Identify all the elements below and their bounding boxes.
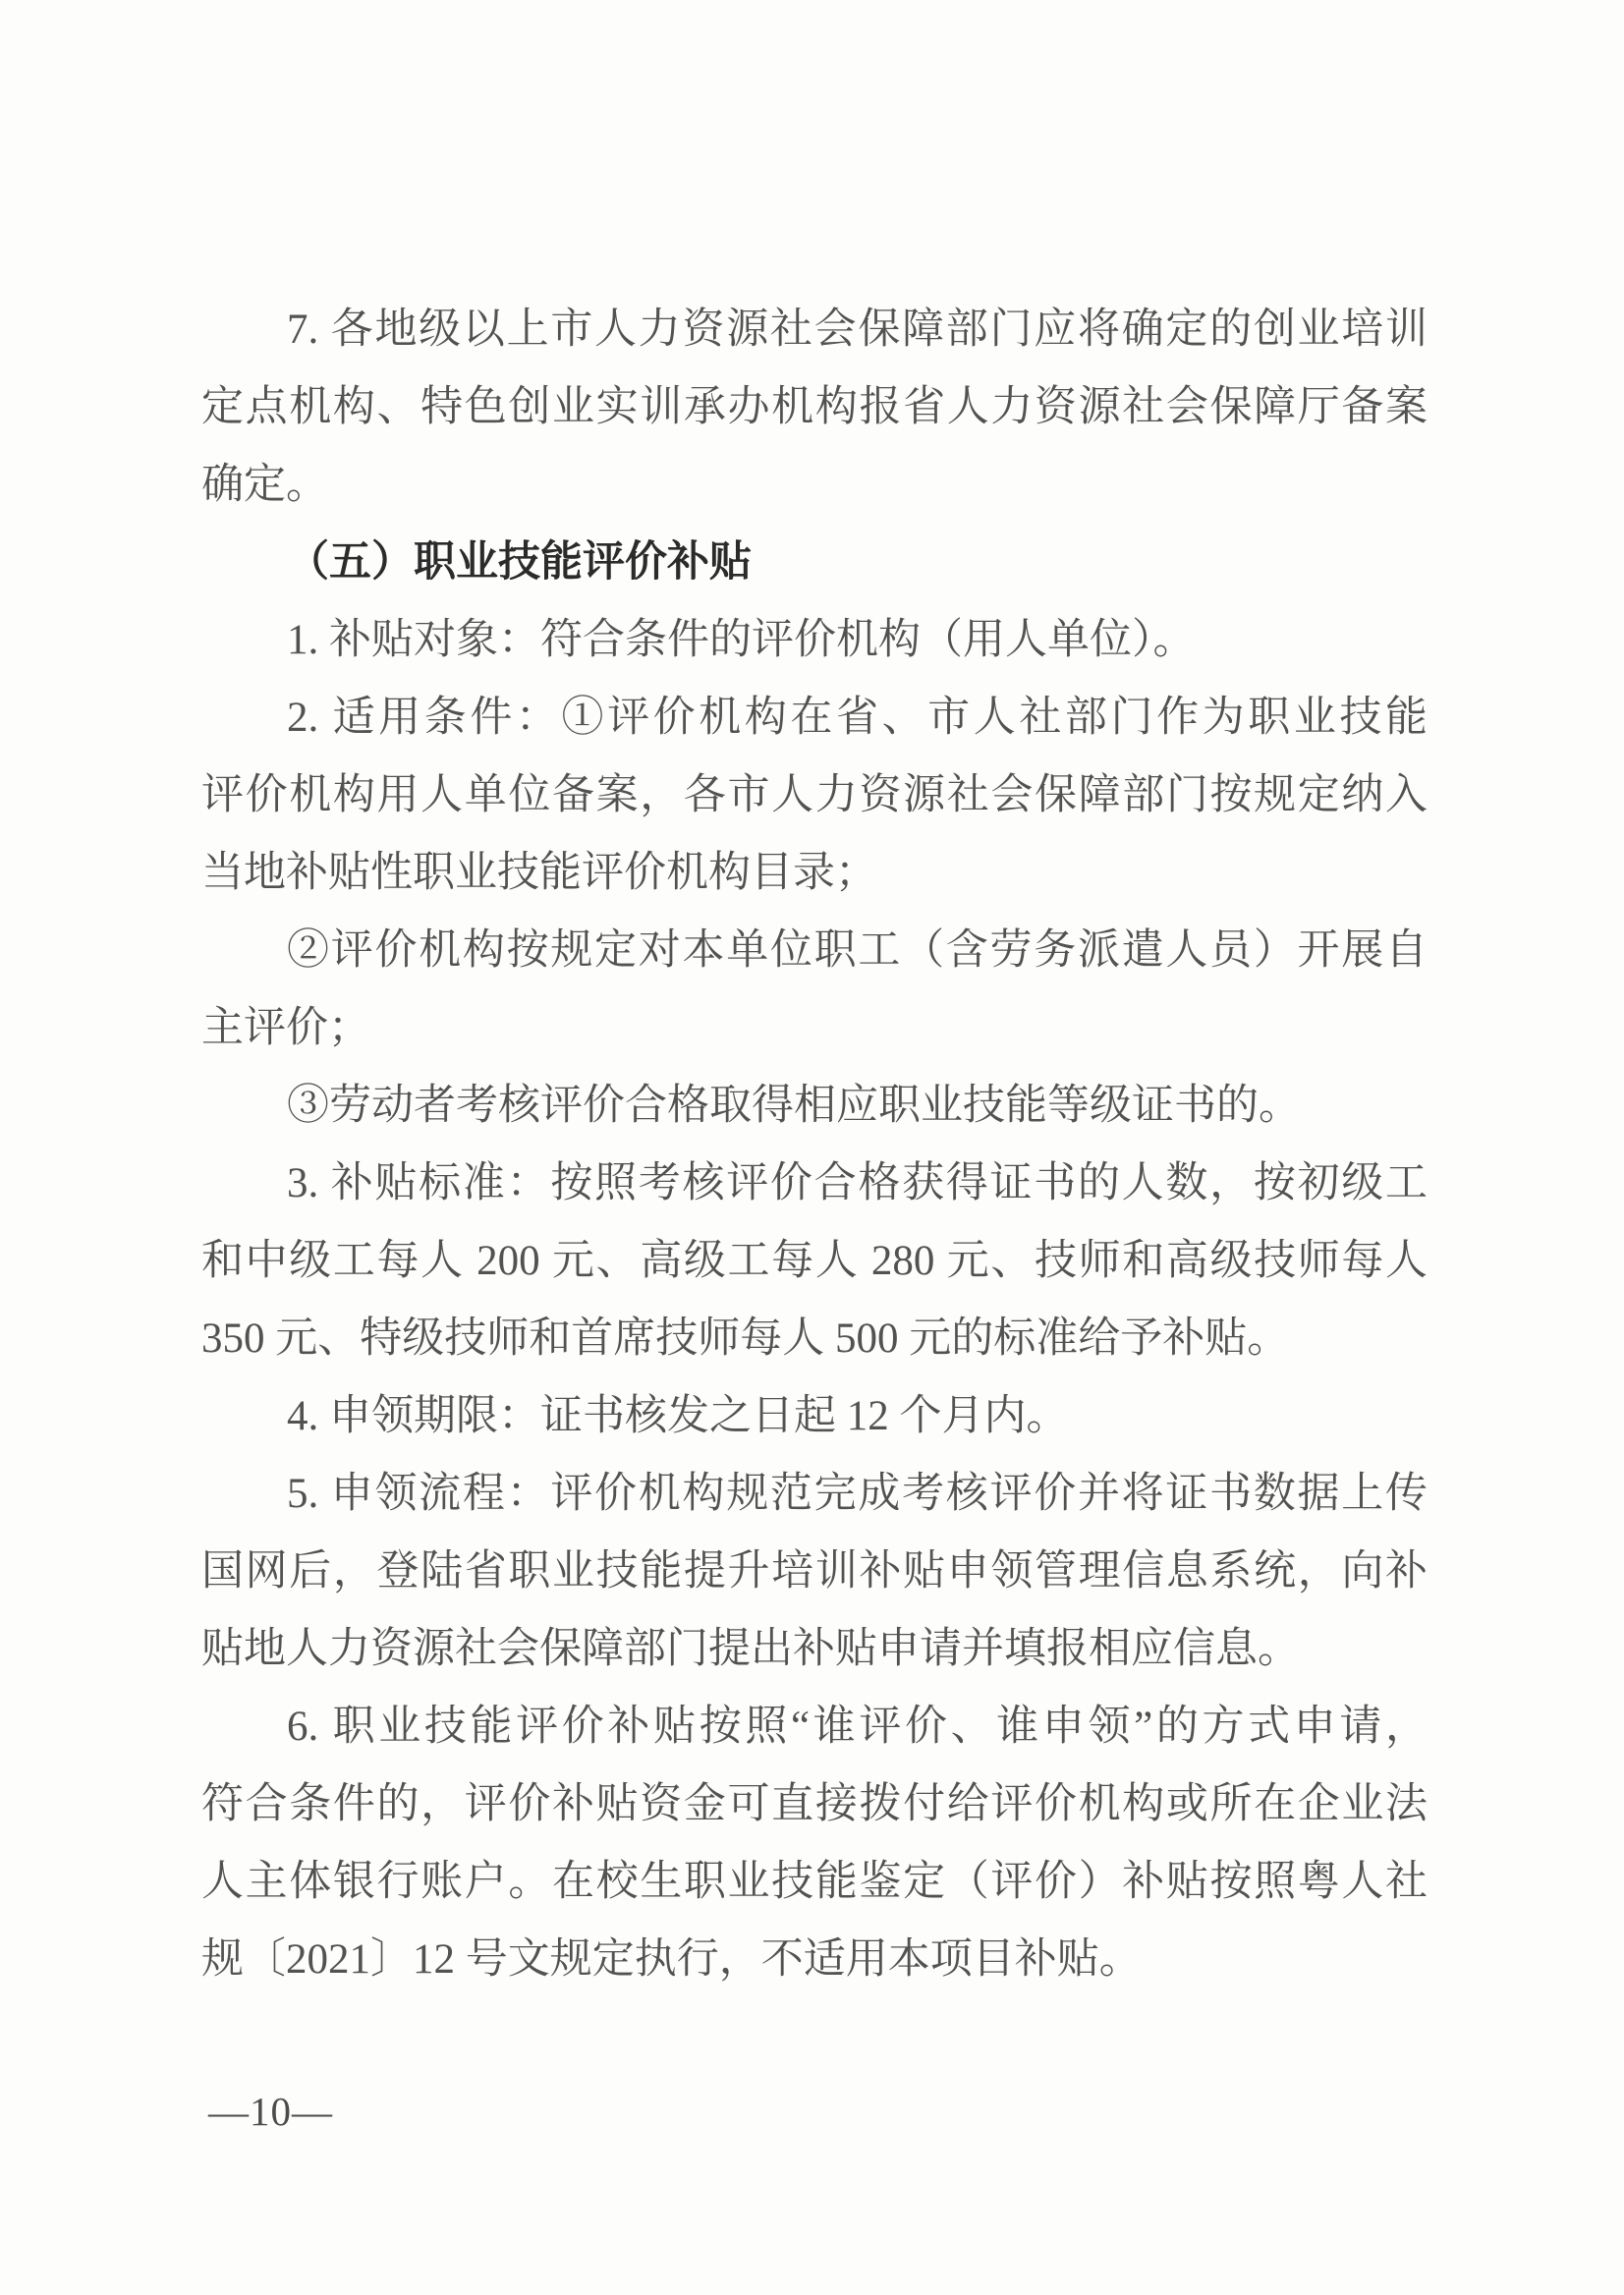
- text-line: ③劳动者考核评价合格取得相应职业技能等级证书的。: [201, 1067, 1428, 1145]
- text-line: 定点机构、特色创业实训承办机构报省人力资源社会保障厅备案: [201, 368, 1428, 446]
- page-number: —10—: [208, 2072, 333, 2151]
- text-line: 国网后，登陆省职业技能提升培训补贴申领管理信息系统，向补: [201, 1533, 1428, 1610]
- text-line: 4. 申领期限：证书核发之日起 12 个月内。: [201, 1377, 1428, 1455]
- text-line: 和中级工每人 200 元、高级工每人 280 元、技师和高级技师每人: [201, 1222, 1428, 1300]
- text-line: 6. 职业技能评价补贴按照“谁评价、谁申领”的方式申请，: [201, 1688, 1428, 1765]
- text-line: 5. 申领流程：评价机构规范完成考核评价并将证书数据上传: [201, 1455, 1428, 1533]
- text-line: 2. 适用条件：①评价机构在省、市人社部门作为职业技能: [201, 679, 1428, 756]
- text-line: 7. 各地级以上市人力资源社会保障部门应将确定的创业培训: [201, 291, 1428, 368]
- text-line: 人主体银行账户。在校生职业技能鉴定（评价）补贴按照粤人社: [201, 1843, 1428, 1921]
- text-line: 评价机构用人单位备案，各市人力资源社会保障部门按规定纳入: [201, 756, 1428, 834]
- text-line: 符合条件的，评价补贴资金可直接拨付给评价机构或所在企业法: [201, 1765, 1428, 1843]
- text-line: 贴地人力资源社会保障部门提出补贴申请并填报相应信息。: [201, 1610, 1428, 1688]
- text-line: 3. 补贴标准：按照考核评价合格获得证书的人数，按初级工: [201, 1145, 1428, 1222]
- text-line: ②评价机构按规定对本单位职工（含劳务派遣人员）开展自: [201, 912, 1428, 989]
- text-line: 350 元、特级技师和首席技师每人 500 元的标准给予补贴。: [201, 1300, 1428, 1377]
- text-line: 当地补贴性职业技能评价机构目录；: [201, 834, 1428, 912]
- document-body: 7. 各地级以上市人力资源社会保障部门应将确定的创业培训定点机构、特色创业实训承…: [201, 291, 1428, 1998]
- text-line: 确定。: [201, 446, 1428, 524]
- text-line: 规〔2021〕12 号文规定执行，不适用本项目补贴。: [201, 1921, 1428, 1998]
- text-line: 主评价；: [201, 989, 1428, 1067]
- document-page: 7. 各地级以上市人力资源社会保障部门应将确定的创业培训定点机构、特色创业实训承…: [0, 0, 1624, 2295]
- text-line: 1. 补贴对象：符合条件的评价机构（用人单位）。: [201, 601, 1428, 679]
- section-heading: （五）职业技能评价补贴: [201, 524, 1428, 601]
